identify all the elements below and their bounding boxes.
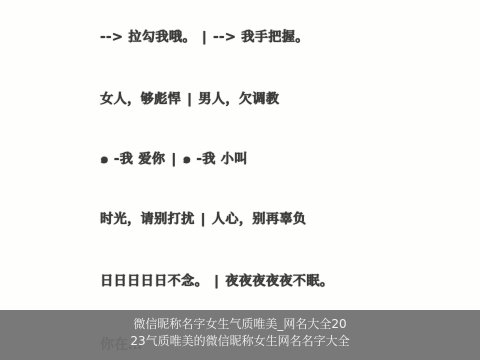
nickname-pair-3: ๑ -我 爱你|๑ -我 小叫 [100,148,248,169]
nickname-right: 人心，别再辜负 [212,212,307,227]
nickname-right: ๑ -我 小叫 [182,152,247,167]
separator: | [201,212,206,227]
caption-line-2: 23气质唯美的微信昵称女生网名名字大全 [0,333,480,350]
separator: | [214,274,219,289]
nickname-pair-4: 时光，请别打扰|人心，别再辜负 [100,208,306,227]
nickname-left: 时光，请别打扰 [100,212,195,227]
nickname-right: 男人，欠调教 [198,92,279,107]
nickname-left: 女人，够彪悍 [100,92,181,107]
nickname-right: 夜夜夜夜夜不眠。 [225,274,333,289]
separator: | [202,30,207,45]
nickname-pair-5: 日日日日日不念。|夜夜夜夜夜不眠。 [100,270,333,289]
nickname-pair-2: 女人，够彪悍|男人，欠调教 [100,88,279,107]
nickname-right: --> 我手把握。 [213,30,309,45]
caption-line-1: 微信昵称名字女生气质唯美_网名大全20 [0,316,480,333]
nickname-pair-1: --> 拉勾我哦。|--> 我手把握。 [100,26,309,45]
nickname-left: --> 拉勾我哦。 [100,30,196,45]
image-caption: 微信昵称名字女生气质唯美_网名大全20 23气质唯美的微信昵称女生网名名字大全 [0,316,480,350]
nickname-left: ๑ -我 爱你 [100,152,165,167]
nickname-left: 日日日日日不念。 [100,274,208,289]
separator: | [171,152,176,167]
separator: | [187,92,192,107]
